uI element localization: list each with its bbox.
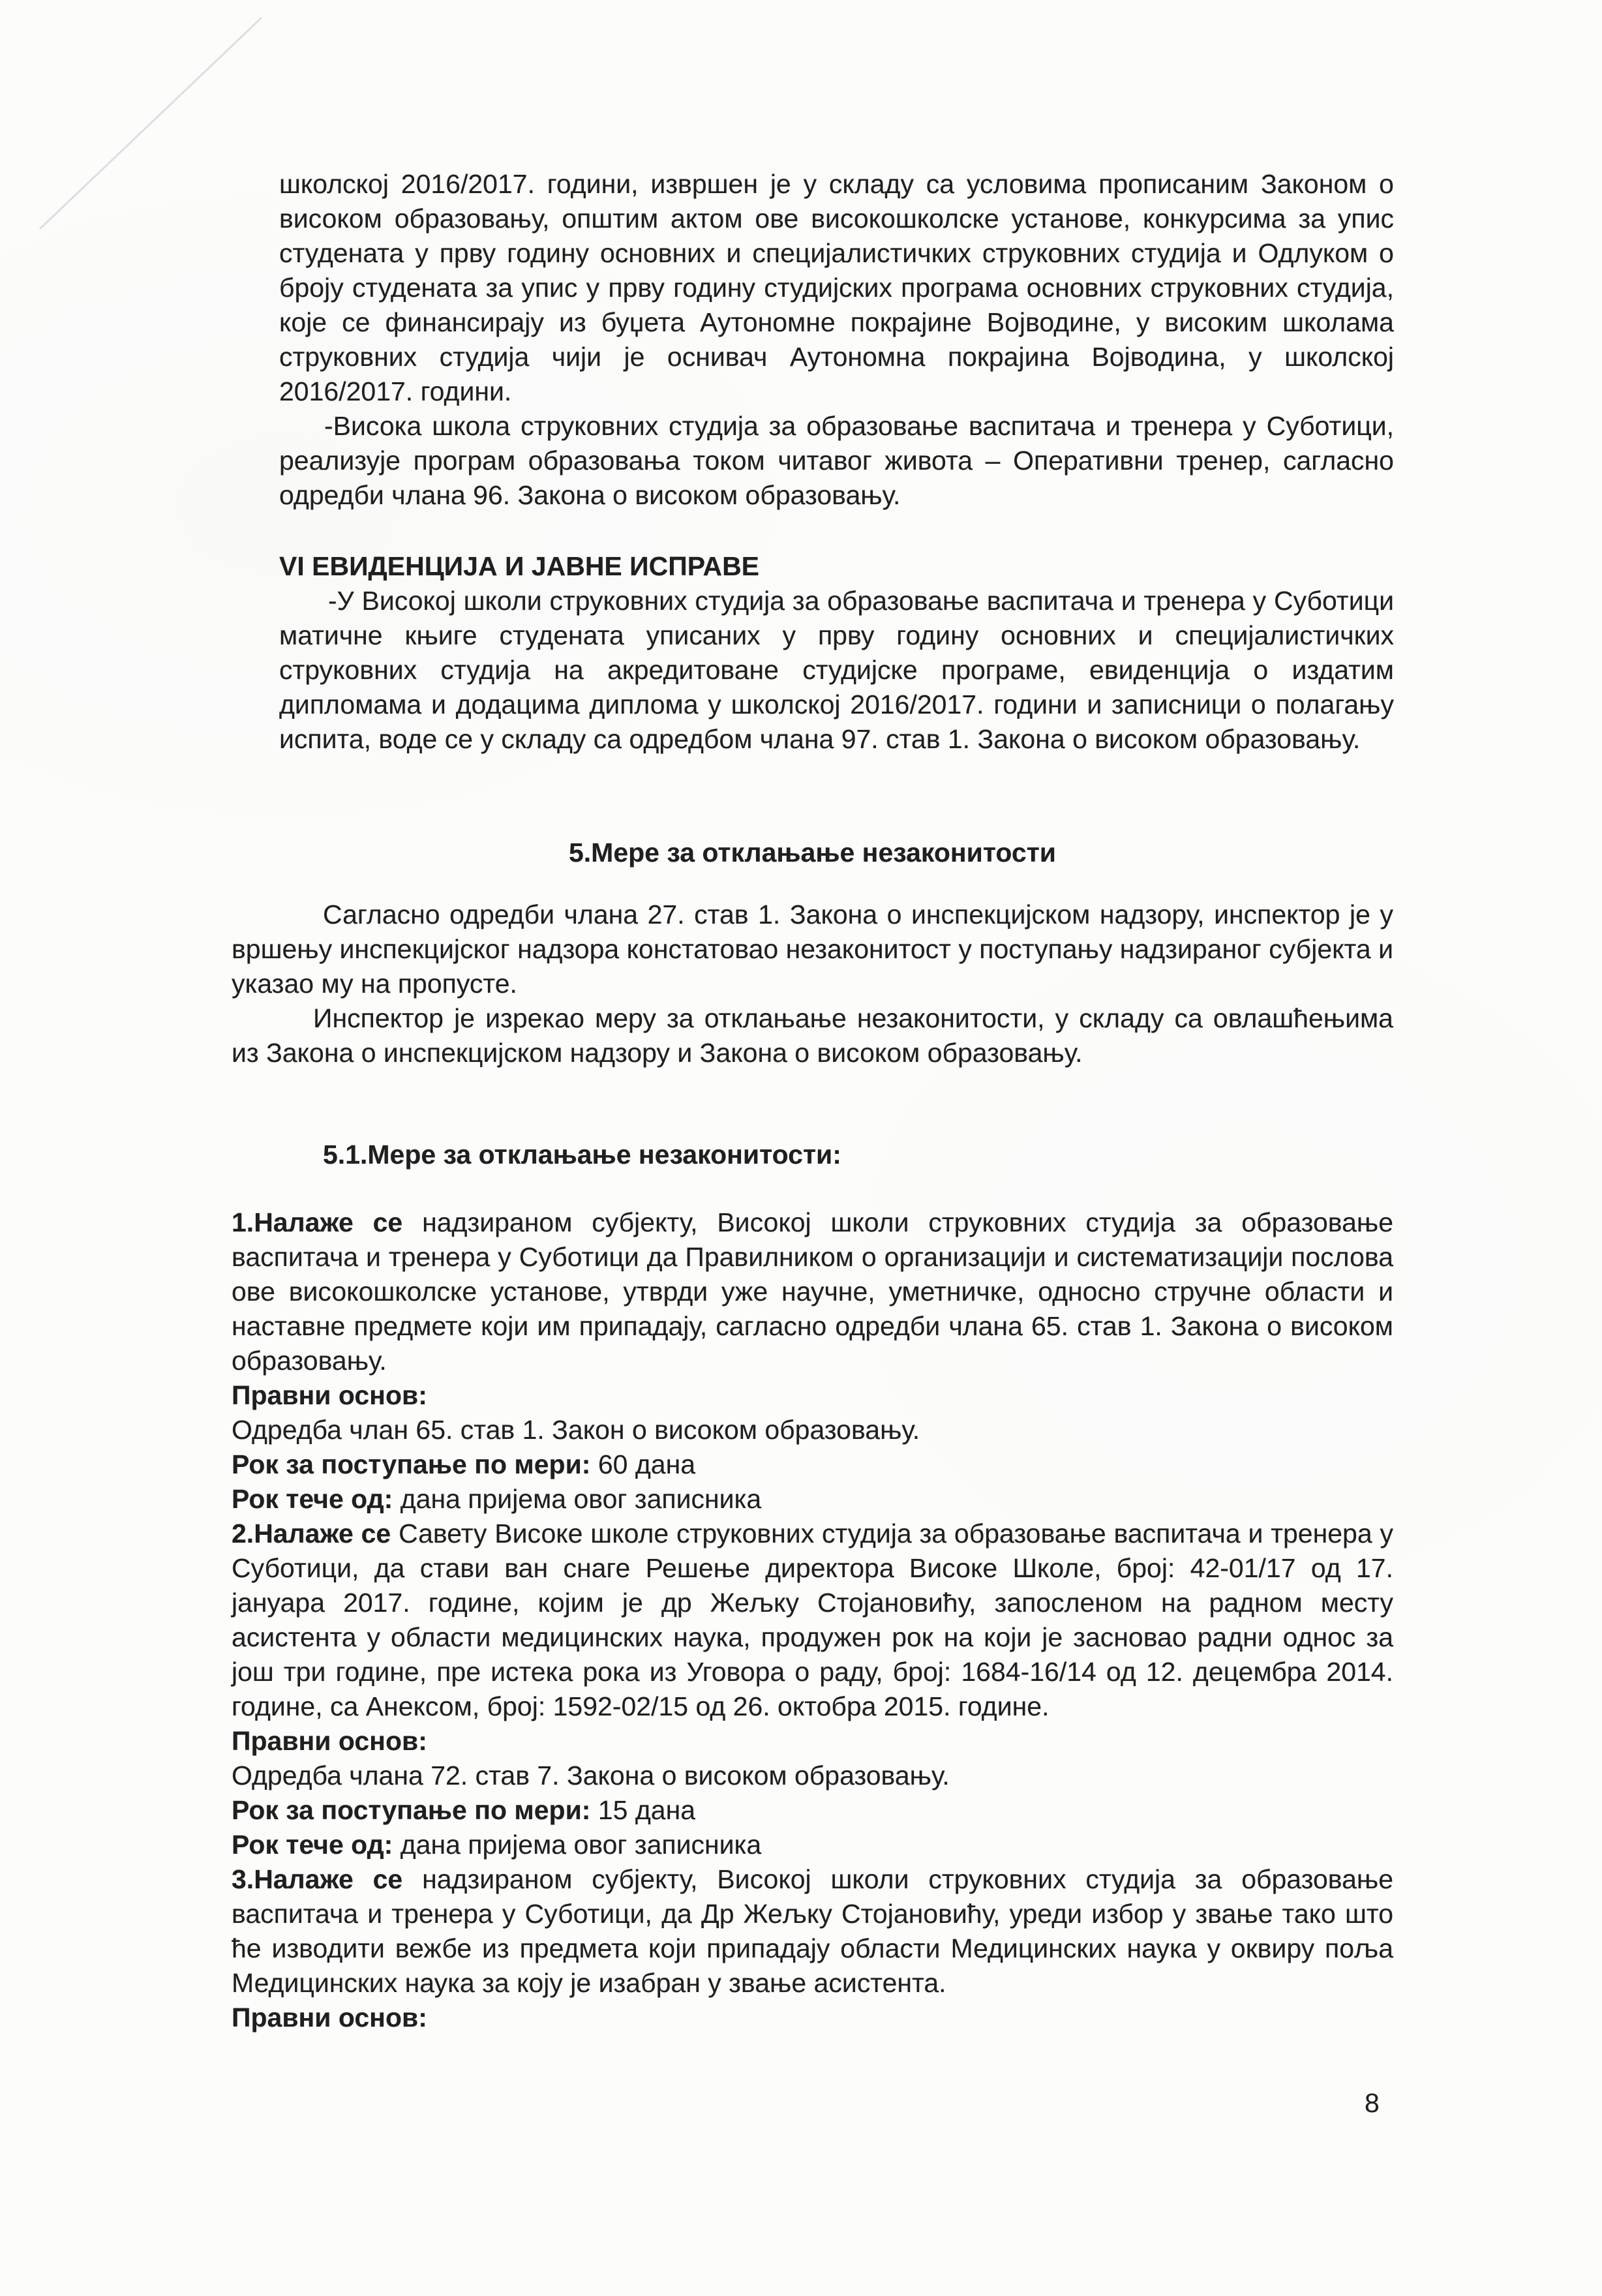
deadline-label: Рок за поступање по мери:	[232, 1449, 590, 1479]
content-upper-block: школској 2016/2017. години, извршен је у…	[279, 167, 1394, 757]
section-vi-heading: VI ЕВИДЕНЦИЈА И ЈАВНЕ ИСПРАВЕ	[279, 549, 1394, 584]
section-5-heading: 5.Мере за отклањање незаконитости	[232, 836, 1393, 870]
intro-paragraph: школској 2016/2017. години, извршен је у…	[279, 167, 1394, 409]
measures-block: 1.Налаже се надзираном субјекту, Високој…	[232, 1205, 1393, 2035]
legal-basis-label: Правни основ:	[232, 1380, 427, 1410]
measure-2-body: Савету Високе школе струковних студија з…	[232, 1518, 1393, 1721]
legal-basis-label: Правни основ:	[232, 2002, 427, 2032]
section-5-paragraphs: Сагласно одредби члана 27. став 1. Закон…	[232, 898, 1393, 1070]
measure-1-body: надзираном субјекту, Високој школи струк…	[232, 1207, 1393, 1376]
start-value: дана пријема овог записника	[400, 1484, 761, 1514]
measure-3-legal-basis-label: Правни основ:	[232, 2001, 1393, 2035]
page-number: 8	[1365, 2086, 1380, 2121]
measure-1-legal-basis: Одредба члан 65. став 1. Закон о високом…	[232, 1413, 1393, 1447]
deadline-value: 15 дана	[598, 1795, 695, 1825]
section-vi-paragraph: -У Високој школи струковних студија за о…	[279, 584, 1394, 757]
measure-2-legal-basis: Одредба члана 72. став 7. Закона о висок…	[232, 1759, 1393, 1793]
start-label: Рок тече од:	[232, 1484, 393, 1514]
measure-2-legal-basis-label: Правни основ:	[232, 1724, 1393, 1759]
measure-2-start-line: Рок тече од: дана пријема овог записника	[232, 1828, 1393, 1862]
deadline-label: Рок за поступање по мери:	[232, 1795, 590, 1825]
section-5-1-heading: 5.1.Мере за отклањање незаконитости:	[323, 1138, 841, 1172]
measure-2-lead: 2.Налаже се	[232, 1518, 391, 1548]
measure-1-lead: 1.Налаже се	[232, 1207, 402, 1237]
measure-1-legal-basis-label: Правни основ:	[232, 1378, 1393, 1413]
measure-2-deadline-line: Рок за поступање по мери: 15 дана	[232, 1793, 1393, 1828]
measure-3-lead: 3.Налаже се	[232, 1864, 402, 1894]
legal-basis-label: Правни основ:	[232, 1726, 427, 1756]
visoka-skola-paragraph: -Висока школа струковних студија за обра…	[279, 409, 1394, 513]
start-label: Рок тече од:	[232, 1830, 393, 1860]
start-value: дана пријема овог записника	[400, 1830, 761, 1860]
section-5-paragraph-1: Сагласно одредби члана 27. став 1. Закон…	[232, 898, 1393, 1001]
measure-1-paragraph: 1.Налаже се надзираном субјекту, Високој…	[232, 1205, 1393, 1378]
scanned-document-page: школској 2016/2017. години, извршен је у…	[0, 0, 1602, 2296]
measure-2-paragraph: 2.Налаже се Савету Високе школе струковн…	[232, 1517, 1393, 1724]
measure-1-deadline-line: Рок за поступање по мери: 60 дана	[232, 1447, 1393, 1482]
section-5-paragraph-2: Инспектор је изрекао меру за отклањање н…	[232, 1001, 1393, 1070]
scan-line-artifact	[0, 0, 300, 404]
measure-3-body: надзираном субјекту, Високој школи струк…	[232, 1864, 1393, 1998]
measure-3-paragraph: 3.Налаже се надзираном субјекту, Високој…	[232, 1862, 1393, 2001]
deadline-value: 60 дана	[598, 1449, 695, 1479]
measure-1-start-line: Рок тече од: дана пријема овог записника	[232, 1482, 1393, 1517]
